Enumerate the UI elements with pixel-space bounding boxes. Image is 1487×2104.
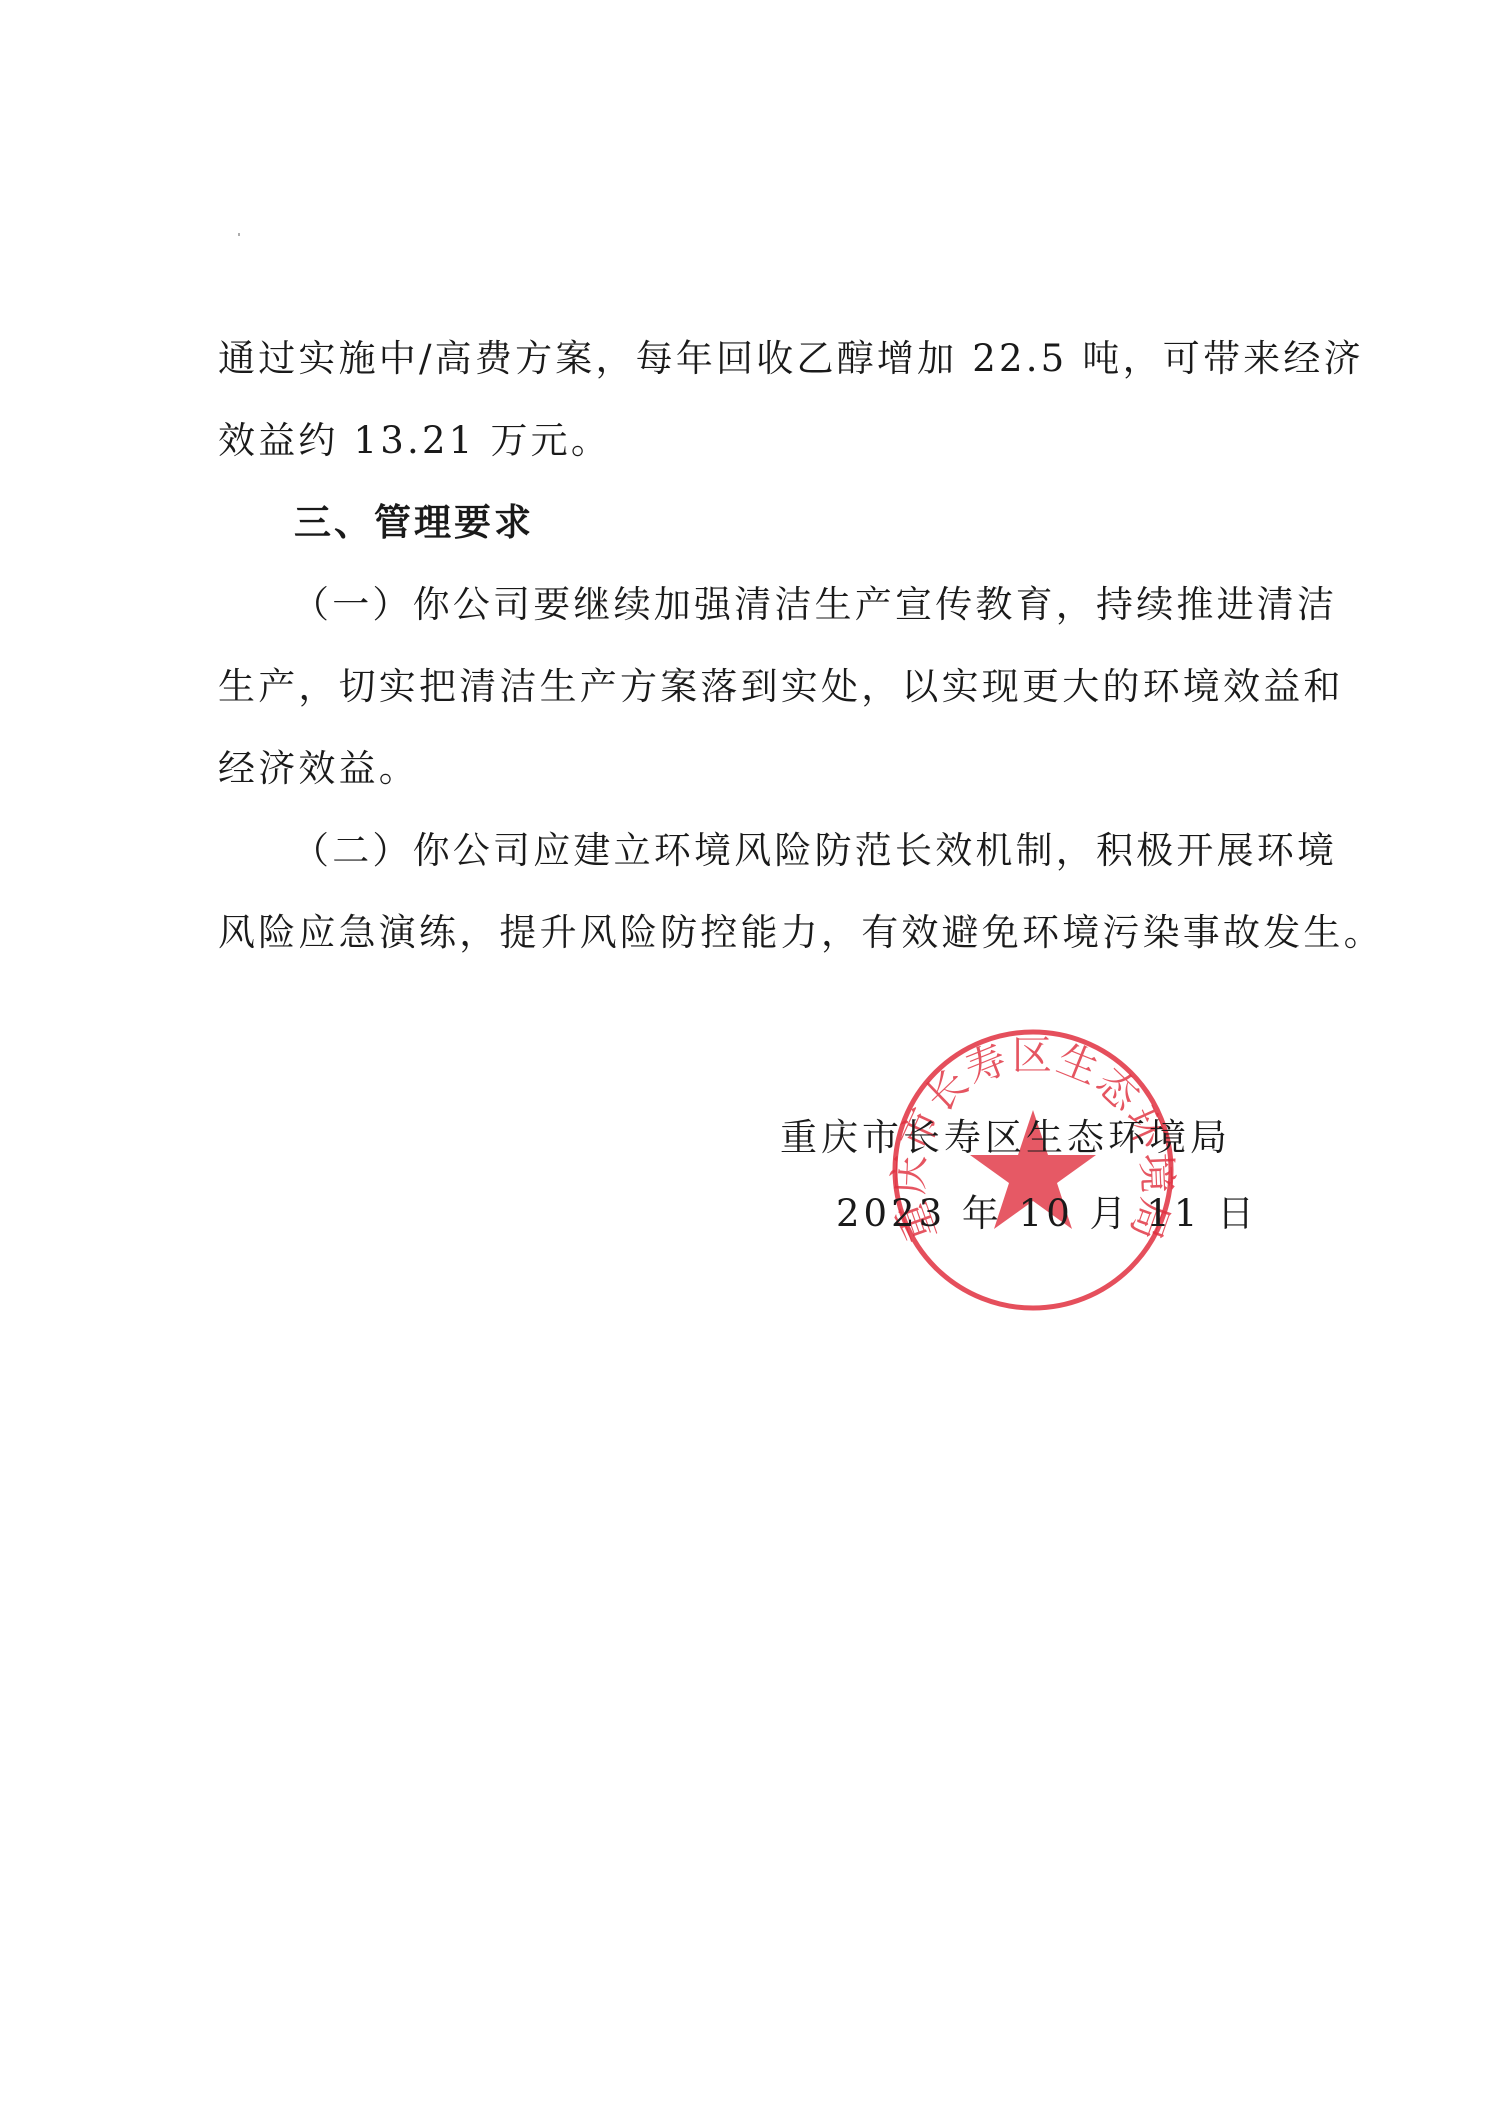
signature-block: 重庆市长寿区生态环境局 2023 年 10 月 11 日 [780,1100,1220,1252]
issuing-organization: 重庆市长寿区生态环境局 [780,1100,1220,1176]
body-line: 风险应急演练，提升风险防控能力，有效避免环境污染事故发生。 [218,892,1318,974]
issue-date: 2023 年 10 月 11 日 [780,1176,1220,1252]
body-line: 生产，切实把清洁生产方案落到实处，以实现更大的环境效益和 [218,646,1318,728]
section-heading: 三、管理要求 [218,482,1318,564]
body-line: （一）你公司要继续加强清洁生产宣传教育，持续推进清洁 [218,564,1318,646]
document-page: 通过实施中/高费方案，每年回收乙醇增加 22.5 吨，可带来经济 效益约 13.… [0,0,1487,2104]
body-line: 经济效益。 [218,728,1318,810]
body-line: （二）你公司应建立环境风险防范长效机制，积极开展环境 [218,810,1318,892]
body-line: 效益约 13.21 万元。 [218,400,1318,482]
body-line: 通过实施中/高费方案，每年回收乙醇增加 22.5 吨，可带来经济 [218,318,1318,400]
scan-speck [238,233,240,236]
document-body: 通过实施中/高费方案，每年回收乙醇增加 22.5 吨，可带来经济 效益约 13.… [218,318,1318,974]
